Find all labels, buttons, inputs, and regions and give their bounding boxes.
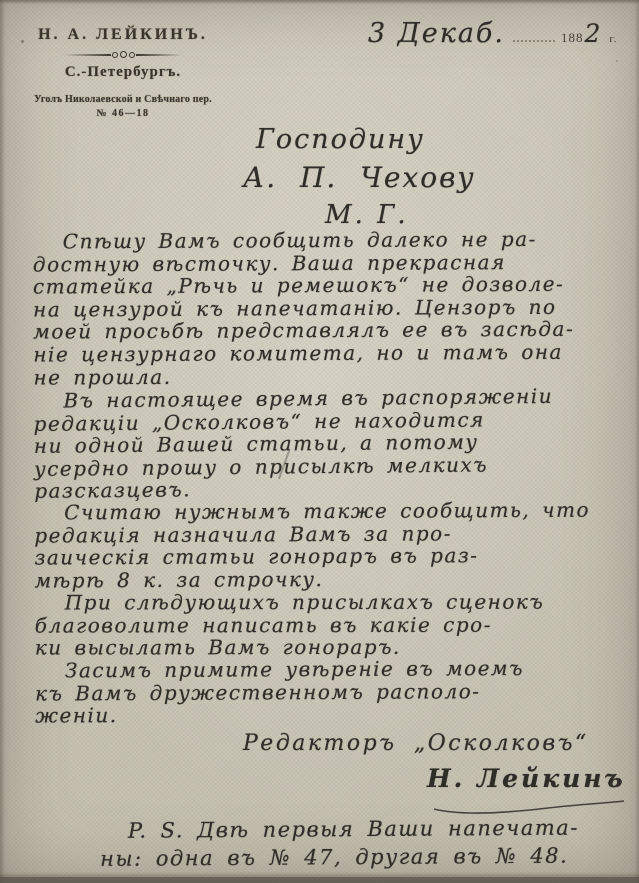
letter-body: Спѣшу Вамъ сообщить далеко не ра- достну… — [33, 227, 628, 727]
signature-flourish-icon — [428, 799, 628, 815]
paragraph-payment-terms: При слѣдующихъ присылкахъ сценокъ благов… — [35, 590, 627, 659]
handwritten-line: ки высылать Вамъ гонораръ. — [35, 635, 627, 659]
printed-year-prefix: 188 — [561, 30, 584, 46]
handwritten-line: къ Вамъ дружественномъ располо- — [35, 679, 627, 705]
handwritten-line: При слѣдующихъ присылкахъ сценокъ — [35, 590, 627, 614]
letterhead-name: Н. А. ЛЕЙКИНЪ. — [12, 26, 234, 44]
paragraph-censorship-news: Спѣшу Вамъ сообщить далеко не ра- достну… — [33, 227, 626, 388]
handwritten-line: Засимъ примите увѣреніе въ моемъ — [35, 657, 627, 683]
photo-edge-left — [0, 0, 5, 883]
signature: Н. Лейкинъ — [427, 764, 626, 793]
letterhead-address: Уголъ Николаевской и Свѣчнаго пер. — [12, 94, 234, 105]
ornament-line-right — [136, 54, 183, 56]
handwritten-line: заическія статьи гонораръ въ раз- — [34, 544, 626, 570]
handwritten-year-digit: 2 — [584, 19, 600, 48]
ornament-line-left — [64, 54, 111, 56]
paragraph-request-stories: Въ настоящее время въ распоряженіи редак… — [33, 384, 626, 503]
handwritten-line: Считаю нужнымъ также сообщить, что — [34, 499, 626, 525]
paragraph-assurance: Засимъ примите увѣреніе въ моемъ къ Вамъ… — [35, 657, 627, 728]
ornament-rule-icon — [64, 51, 182, 58]
letter-photograph: Н. А. ЛЕЙКИНЪ. С.-Петербургъ. Уголъ Нико… — [0, 0, 639, 883]
paper-speckle — [616, 60, 618, 62]
postscript-line: ны: одна въ № 47, другая въ № 48. — [100, 842, 639, 873]
postscript-line: P. S. Двѣ первыя Ваши напечата- — [100, 814, 639, 845]
ornament-dot — [112, 52, 118, 58]
ornament-dot — [129, 52, 135, 58]
dotted-leader — [513, 40, 555, 42]
handwritten-line: Спѣшу Вамъ сообщить далеко не ра- — [33, 227, 625, 253]
handwritten-line: ніе цензурнаго комитета, но и тамъ она — [33, 340, 625, 366]
handwritten-line: редакція назначила Вамъ за про- — [34, 521, 626, 547]
letterhead-city: С.-Петербургъ. — [12, 64, 234, 81]
photo-edge-top — [0, 0, 639, 4]
handwritten-line: благоволите написать въ какіе сро- — [35, 613, 627, 637]
paragraph-honorarium: Считаю нужнымъ также сообщить, что редак… — [34, 499, 626, 592]
ornament-dot — [120, 51, 127, 58]
salutation-line: Господину — [256, 124, 425, 155]
addressee-name: А. П. Чехову — [243, 161, 476, 194]
handwritten-line: мѣрѣ 8 к. за строчку. — [34, 566, 626, 592]
closing-role: Редакторъ „Осколковъ“ — [243, 731, 589, 756]
postscript: P. S. Двѣ первыя Ваши напечата- ны: одна… — [100, 814, 639, 873]
handwritten-line: женіи. — [35, 702, 627, 728]
date-day-month: 3 Декаб. — [368, 18, 505, 49]
printed-year-suffix: г. — [609, 33, 617, 45]
photo-edge-bottom — [0, 877, 639, 883]
letterhead: Н. А. ЛЕЙКИНЪ. С.-Петербургъ. Уголъ Нико… — [12, 26, 234, 119]
letterhead-house-number: № 46—18 — [12, 108, 234, 119]
date-line: 3 Декаб. 188 2 г. — [368, 18, 617, 49]
photo-edge-right — [635, 0, 639, 883]
salutation-abbreviation: М. Г. — [325, 200, 409, 230]
